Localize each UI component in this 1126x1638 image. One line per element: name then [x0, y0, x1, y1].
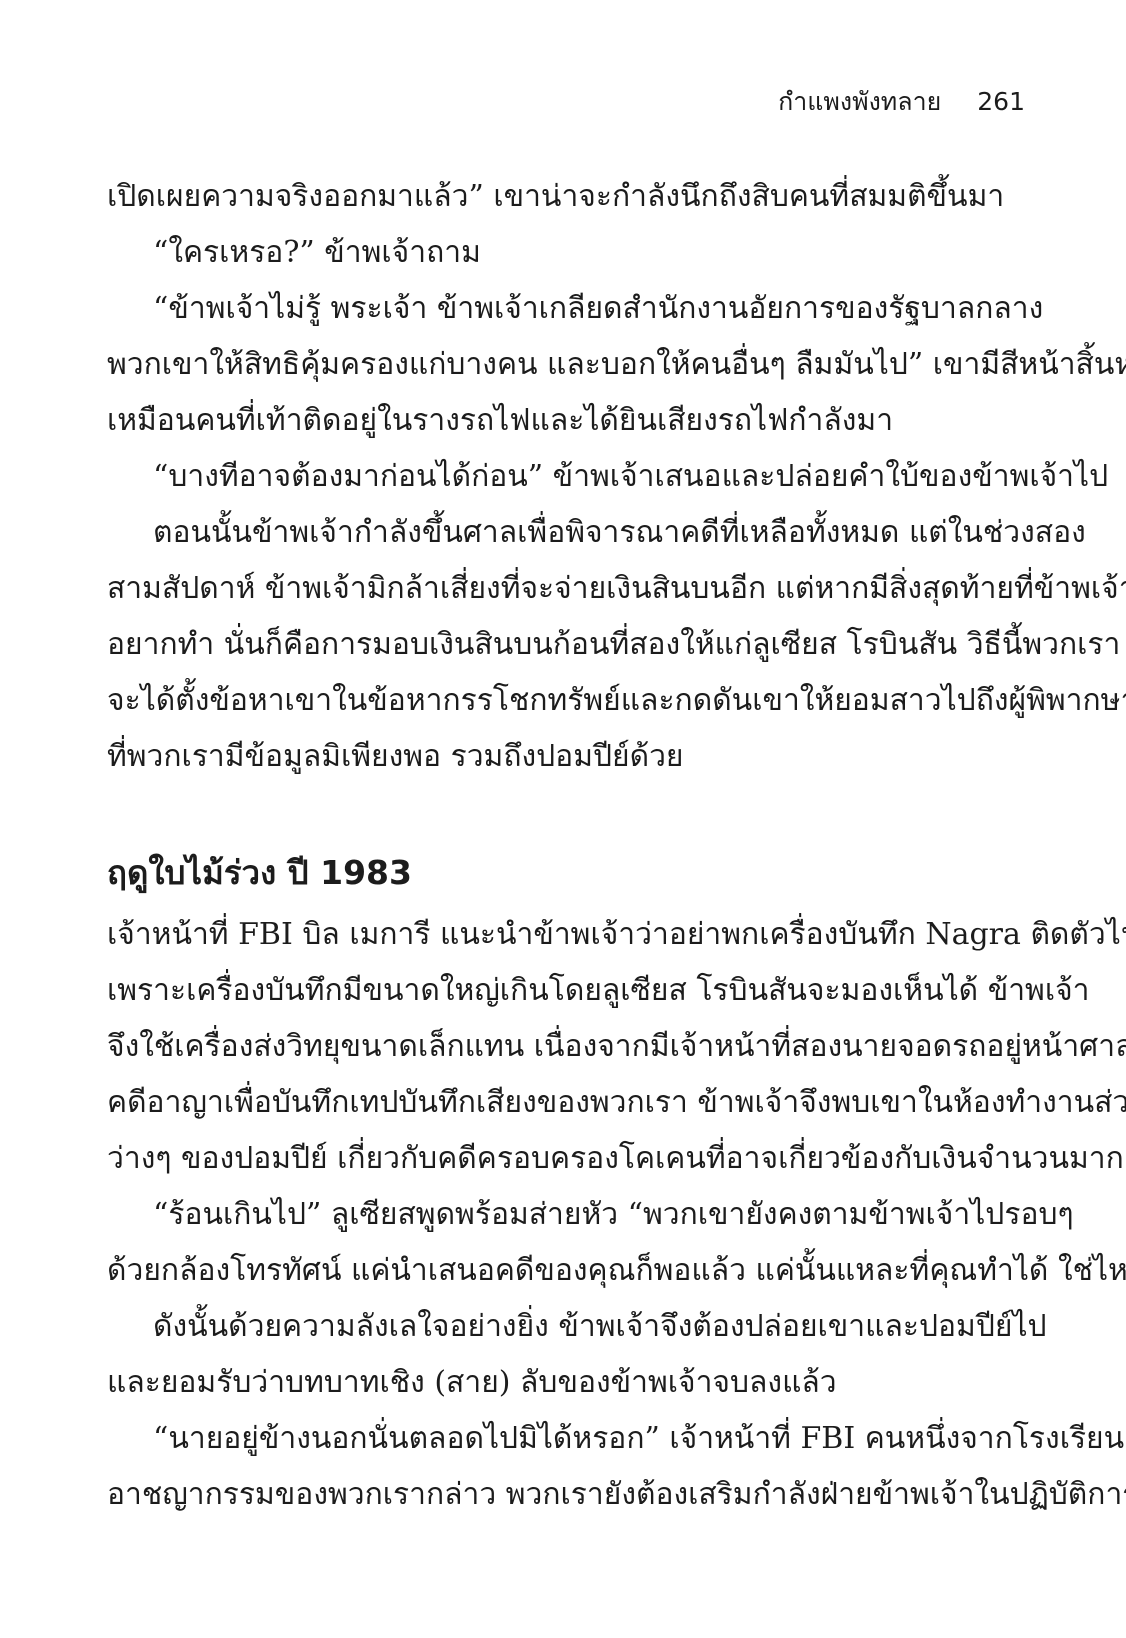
body-line: คดีอาญาเพื่อบันทึกเทปบันทึกเสียงของพวกเร… — [107, 1075, 1025, 1131]
body-line: “ใครเหรอ?” ข้าพเจ้าถาม — [107, 225, 1025, 281]
body-line: อาชญากรรมของพวกเรากล่าว พวกเรายังต้องเสร… — [107, 1467, 1025, 1523]
body-line: “นายอยู่ข้างนอกนั่นตลอดไปมิได้หรอก” เจ้า… — [107, 1411, 1025, 1467]
book-page: กำแพงพังทลาย 261 เปิดเผยความจริงออกมาแล้… — [0, 0, 1126, 1638]
body-line: เจ้าหน้าที่ FBI บิล เมการี แนะนำข้าพเจ้า… — [107, 907, 1025, 963]
body-line: อยากทำ นั่นก็คือการมอบเงินสินบนก้อนที่สอ… — [107, 617, 1025, 673]
page-body: เปิดเผยความจริงออกมาแล้ว” เขาน่าจะกำลังน… — [107, 169, 1025, 1523]
running-title: กำแพงพังทลาย — [778, 82, 941, 122]
section-heading: ฤดูใบไม้ร่วง ปี 1983 — [107, 845, 1025, 901]
body-line: สามสัปดาห์ ข้าพเจ้ามิกล้าเสี่ยงที่จะจ่าย… — [107, 561, 1025, 617]
body-line: ตอนนั้นข้าพเจ้ากำลังขึ้นศาลเพื่อพิจารณาค… — [107, 505, 1025, 561]
body-line: พวกเขาให้สิทธิคุ้มครองแก่บางคน และบอกให้… — [107, 337, 1025, 393]
page-number: 261 — [977, 87, 1025, 116]
body-line: ที่พวกเรามีข้อมูลมิเพียงพอ รวมถึงปอมปีย์… — [107, 729, 1025, 785]
body-line: และยอมรับว่าบทบาทเชิง (สาย) ลับของข้าพเจ… — [107, 1355, 1025, 1411]
body-line: ด้วยกล้องโทรทัศน์ แค่นำเสนอคดีของคุณก็พอ… — [107, 1243, 1025, 1299]
body-line: เหมือนคนที่เท้าติดอยู่ในรางรถไฟและได้ยิน… — [107, 393, 1025, 449]
body-line: จึงใช้เครื่องส่งวิทยุขนาดเล็กแทน เนื่องจ… — [107, 1019, 1025, 1075]
body-line: เปิดเผยความจริงออกมาแล้ว” เขาน่าจะกำลังน… — [107, 169, 1025, 225]
body-line: “ข้าพเจ้าไม่รู้ พระเจ้า ข้าพเจ้าเกลียดสำ… — [107, 281, 1025, 337]
body-line: “บางทีอาจต้องมาก่อนได้ก่อน” ข้าพเจ้าเสนอ… — [107, 449, 1025, 505]
body-line: ดังนั้นด้วยความลังเลใจอย่างยิ่ง ข้าพเจ้า… — [107, 1299, 1025, 1355]
body-line: “ร้อนเกินไป” ลูเซียสพูดพร้อมส่ายหัว “พวก… — [107, 1187, 1025, 1243]
running-header: กำแพงพังทลาย 261 — [778, 82, 1025, 122]
body-line: ว่างๆ ของปอมปีย์ เกี่ยวกับคดีครอบครองโคเ… — [107, 1131, 1025, 1187]
body-line: จะได้ตั้งข้อหาเขาในข้อหากรรโชกทรัพย์และก… — [107, 673, 1025, 729]
body-line: เพราะเครื่องบันทึกมีขนาดใหญ่เกินโดยลูเซี… — [107, 963, 1025, 1019]
